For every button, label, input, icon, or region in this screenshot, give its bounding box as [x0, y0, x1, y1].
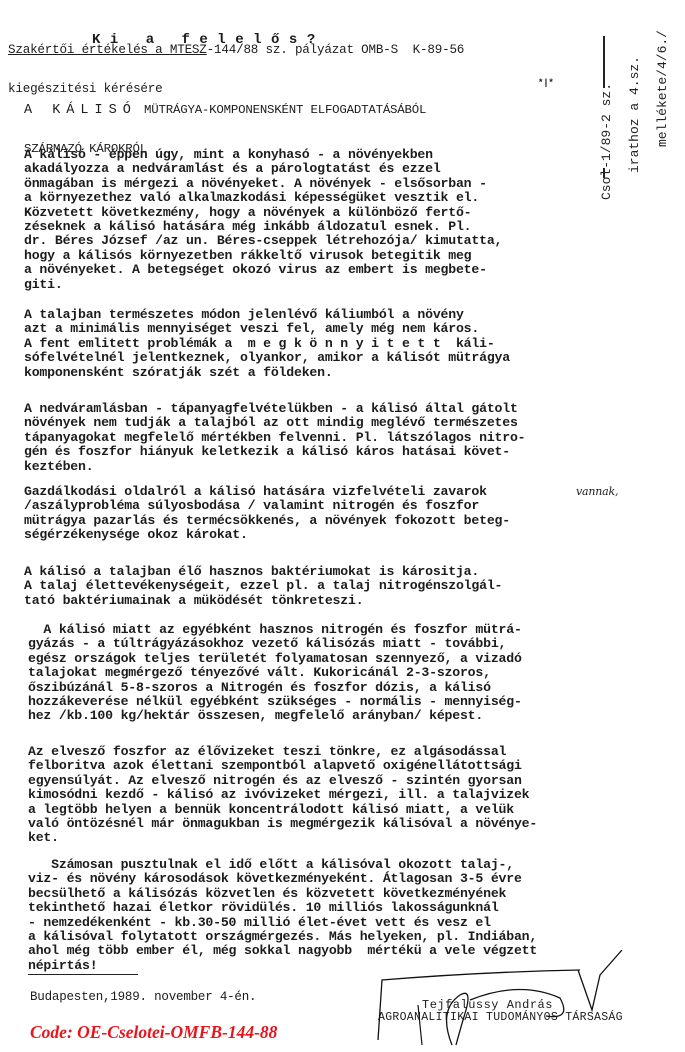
- paragraph: A kálisó a talajban élő hasznos baktériu…: [24, 565, 502, 608]
- paragraph-line: tekinthető hazai életkor rövidülés. 10 m…: [28, 901, 537, 915]
- margin-mark: *|*: [538, 76, 554, 90]
- paragraph-line: A talajban természetes módon jelenlévő k…: [24, 308, 510, 322]
- paragraph-line: A talaj élettevékenységeit, ezzel pl. a …: [24, 579, 502, 593]
- paragraph-line: gén és foszfor hiányuk keletkezik a káli…: [24, 445, 525, 459]
- paragraph-line: egyensúlyát. Az elvesző nitrogén és az e…: [28, 774, 537, 788]
- paragraph-line: Gazdálkodási oldalról a kálisó hatására …: [24, 485, 510, 499]
- paragraph-line: A nedváramlásban - tápanyagfelvételükben…: [24, 402, 525, 416]
- paragraph-line: tápanyagokat megfelelő mértékben felvenn…: [24, 431, 525, 445]
- paragraph-line: a környezethez való alkalmazkodási képes…: [24, 191, 502, 205]
- paragraph-line: tató baktériumainak a müködését tönkrete…: [24, 594, 502, 608]
- paragraph-line: /aszályprobléma súlyosbodása / valamint …: [24, 499, 510, 513]
- margin-note-enclosure: mellékete/4/6./: [655, 30, 670, 147]
- paragraph-line: Számosan pusztulnak el idő előtt a kális…: [28, 858, 537, 872]
- paragraph-line: ket.: [28, 831, 537, 845]
- handwritten-insert: vannak,: [576, 485, 618, 499]
- paragraph: A nedváramlásban - tápanyagfelvételükben…: [24, 402, 525, 474]
- paragraph-line: talajokat megmérgező tényezővé vált. Kuk…: [28, 666, 522, 680]
- paragraph-line: a legtöbb helyen a bennük koncentrálodot…: [28, 803, 537, 817]
- paragraph-line: őszibúzánál 5-8-szoros a Nitrogén és fos…: [28, 681, 522, 695]
- paragraph-line: kimosódni kezdő - kálisó az ivóvizeket m…: [28, 788, 537, 802]
- document-code-label: Code: OE-Cselotei-OMFB-144-88: [30, 1022, 277, 1043]
- paragraph-line: becsülhető a kálisózás közvetlen és közv…: [28, 887, 537, 901]
- paragraph-line: A kálisó miatt az egyébként hasznos nitr…: [28, 623, 522, 637]
- paragraph-line: - nemzedékenként - kb.30-50 millió élet-…: [28, 916, 537, 930]
- paragraph-line: mütrágya pazarlás és termécsökkenés, a n…: [24, 514, 510, 528]
- paragraph-line: zéseknek a kálisó hatására még inkább ál…: [24, 220, 502, 234]
- paragraph-line: keztében.: [24, 460, 525, 474]
- paragraph-line: felboritva azok élettani szempontból ala…: [28, 759, 537, 773]
- paragraph-line: dr. Béres József /az un. Béres-cseppek l…: [24, 234, 502, 248]
- paragraph: A talajban természetes módon jelenlévő k…: [24, 308, 510, 380]
- subtitle-spaced-word: A KÁLISÓ: [24, 103, 137, 118]
- underline: [28, 974, 138, 975]
- paragraph-line: egész országok teljes területét folyamat…: [28, 652, 522, 666]
- paragraph-line: önmagában is mérgezi a növényeket. A növ…: [24, 177, 502, 191]
- subtitle-line1: MÜTRÁGYA-KOMPONENSKÉNT ELFOGADTATÁSÁBÓL: [137, 103, 426, 117]
- paragraph-line: növények nem tudják a talajból az ott mi…: [24, 416, 525, 430]
- paragraph-line: hogy a kálisós környezetben rákkeltő vir…: [24, 249, 502, 263]
- handwritten-signature: [360, 950, 680, 1050]
- margin-note-reference: Csol-1/89-2 sz.: [599, 60, 614, 200]
- paragraph-line: A kálisó a talajban élő hasznos baktériu…: [24, 565, 502, 579]
- paragraph-line: komponensként szóratják szét a földeken.: [24, 366, 510, 380]
- paragraph-line: giti.: [24, 278, 502, 292]
- paragraph: Az elvesző foszfor az élővizeket teszi t…: [28, 745, 537, 846]
- paragraph-line: A fent emlitett problémák a m e g k ö n …: [24, 337, 510, 351]
- paragraph: A kálisó miatt az egyébként hasznos nitr…: [28, 623, 522, 724]
- paragraph-line: sófelvételnél jelentkeznek, olyankor, am…: [24, 351, 510, 365]
- paragraph-line: gyázás - a túltrágyázásokhoz vezető káli…: [28, 637, 522, 651]
- paragraph-line: a kálisóval folytatott országmérgezés. M…: [28, 930, 537, 944]
- paragraph-line: hez /kb.100 kg/hektár összesen, megfelel…: [28, 709, 522, 723]
- paragraph-line: való öntözésnél már önmagukban is megmér…: [28, 817, 537, 831]
- paragraph-line: akadályozza a nedváramlást és a párologt…: [24, 162, 502, 176]
- place-and-date: Budapesten,1989. november 4-én.: [30, 990, 256, 1004]
- paragraph-line: a növényeket. A betegséget okozó virus a…: [24, 263, 502, 277]
- paragraph-line: azt a minimális mennyiséget veszi fel, a…: [24, 322, 510, 336]
- paragraph-line: A kálisó - éppen úgy, mint a konyhasó - …: [24, 148, 502, 162]
- paragraph-line: viz- és növény károsodások következménye…: [28, 872, 537, 886]
- paragraph-line: Az elvesző foszfor az élővizeket teszi t…: [28, 745, 537, 759]
- margin-note-attachment: irathoz a 4.sz.: [627, 56, 642, 173]
- paragraph-line: hozzákeverése nélkül egyébként szükséges…: [28, 695, 522, 709]
- paragraph-line: Közvetett következmény, hogy a növények …: [24, 206, 502, 220]
- paragraph: Gazdálkodási oldalról a kálisó hatására …: [24, 485, 510, 543]
- paragraph-line: ségérzékenysége okoz károkat.: [24, 528, 510, 542]
- paragraph: A kálisó - éppen úgy, mint a konyhasó - …: [24, 148, 502, 292]
- document-title: Ki a felelős?: [92, 33, 325, 47]
